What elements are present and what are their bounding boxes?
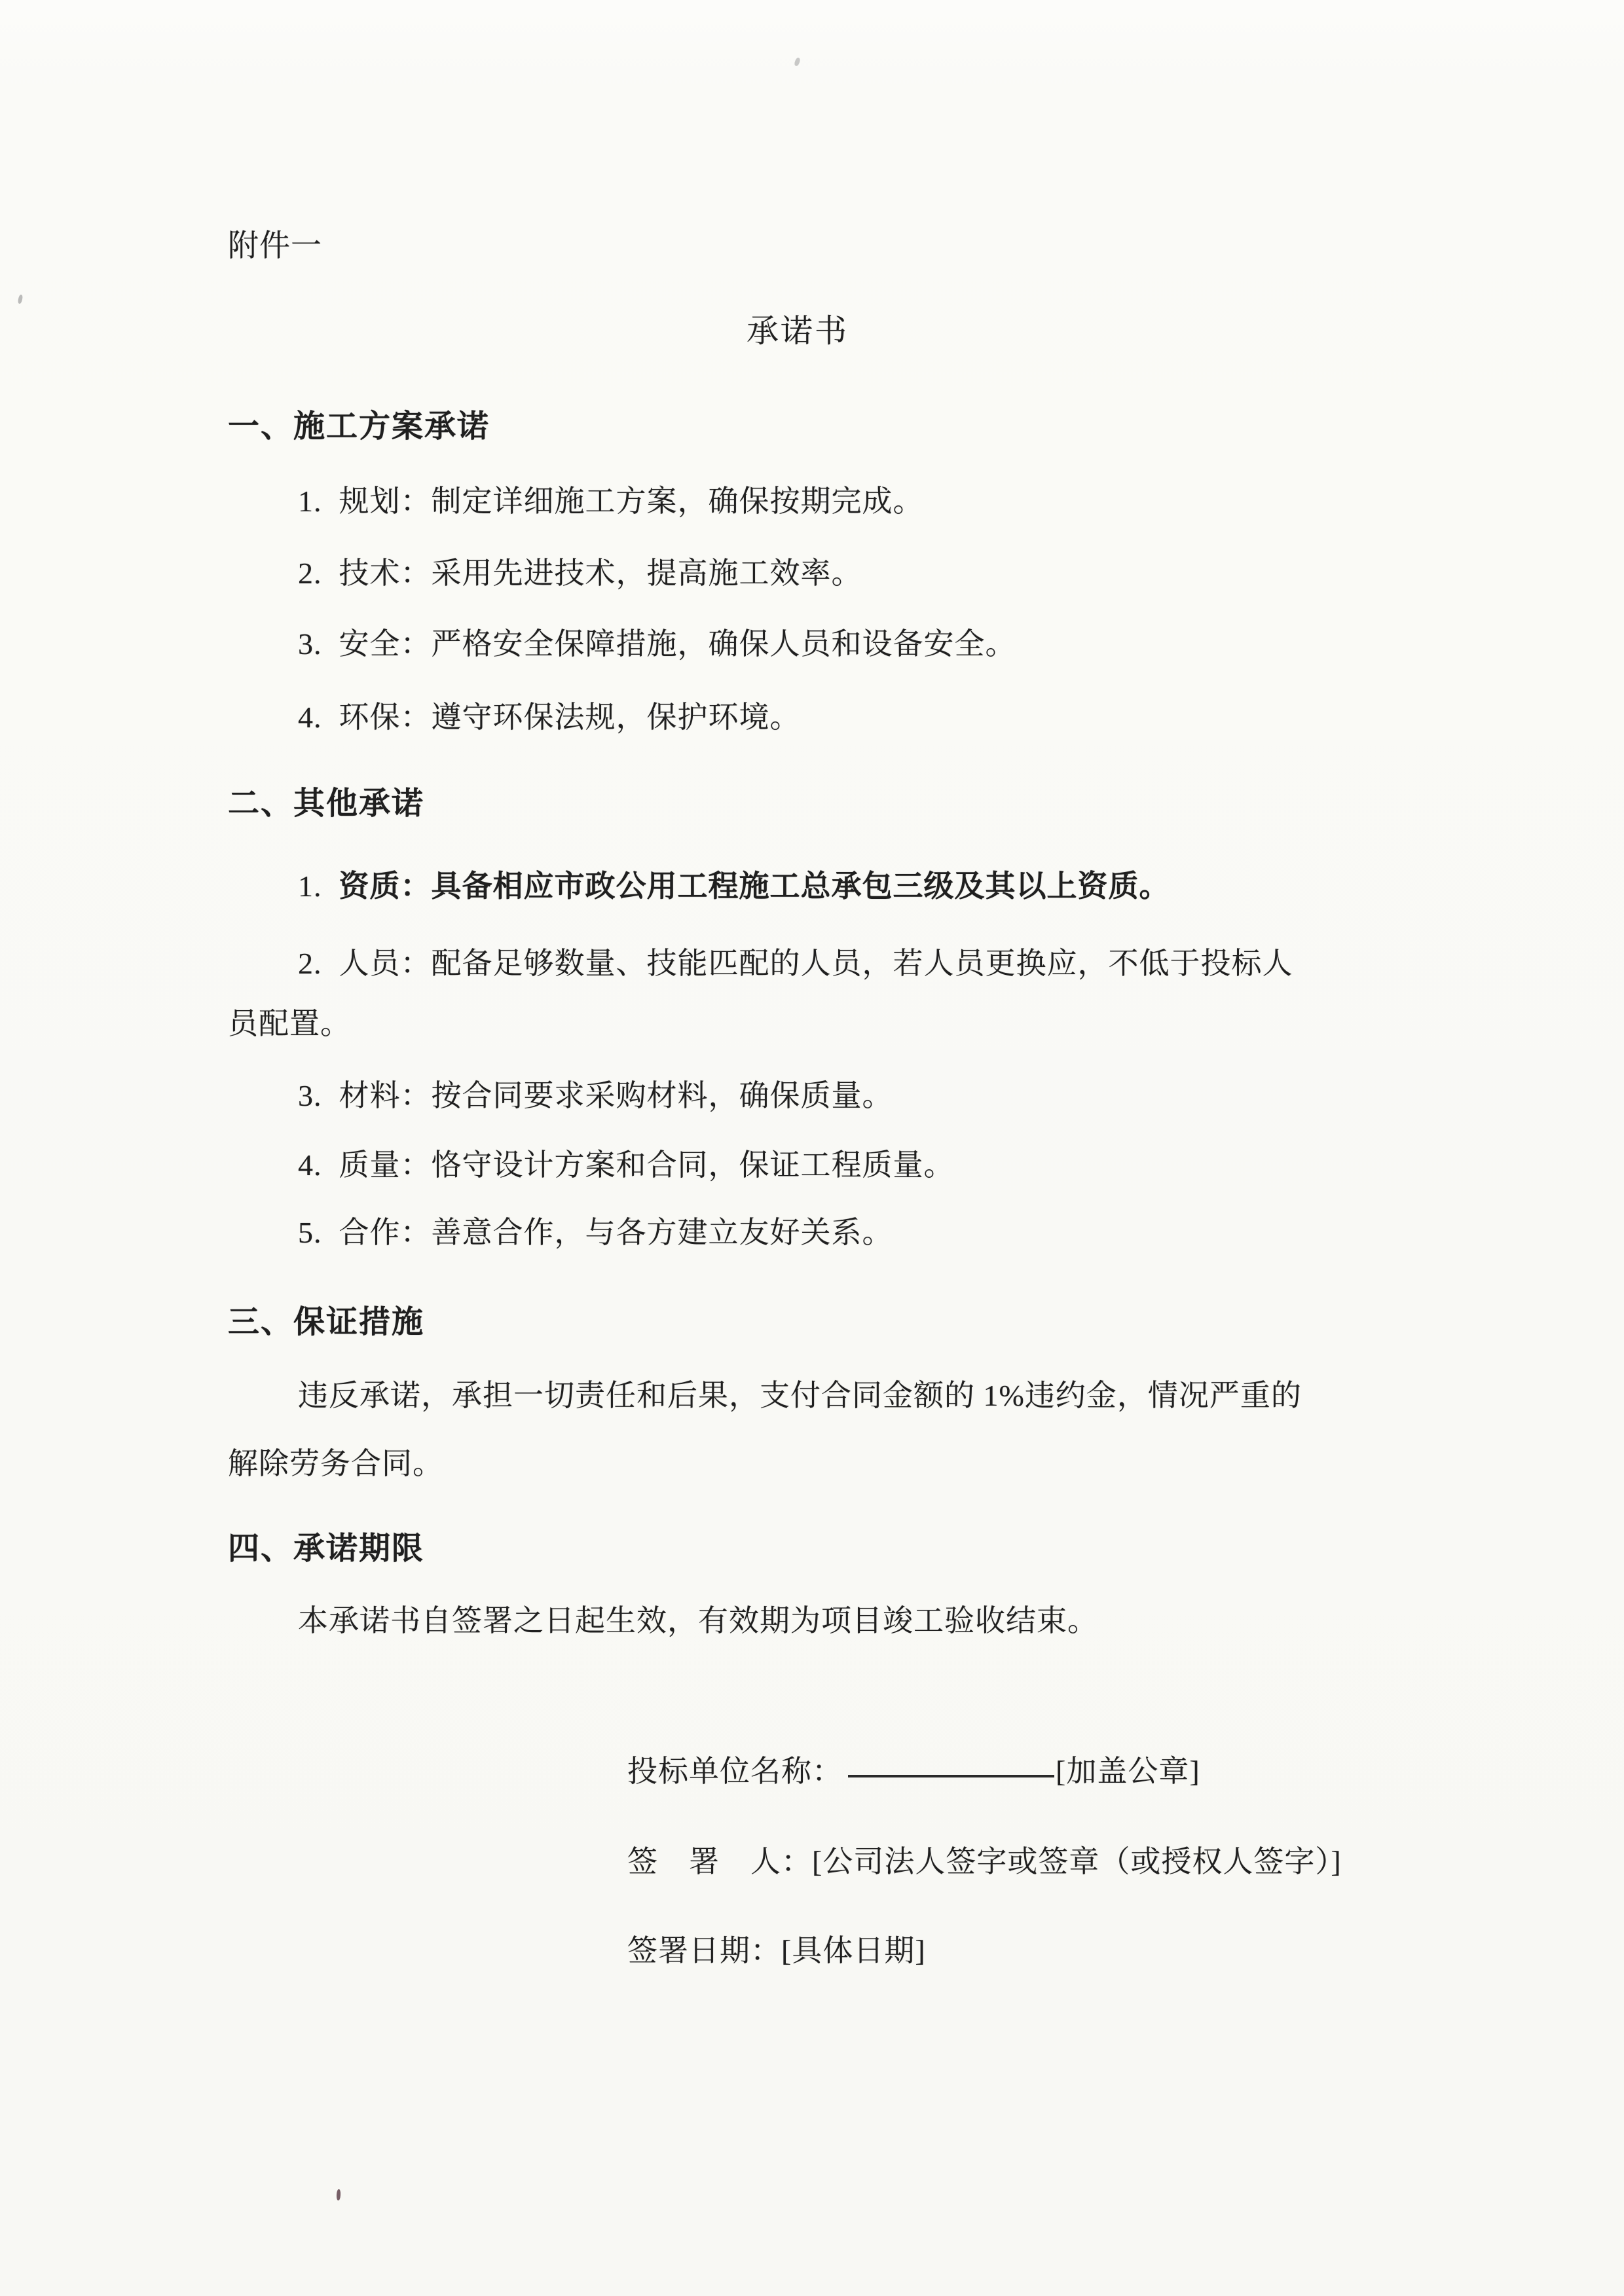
list-item: 1.资质：具备相应市政公用工程施工总承包三级及其以上资质。 bbox=[298, 868, 1170, 905]
list-item: 2.技术：采用先进技术，提高施工效率。 bbox=[298, 555, 862, 592]
item-number: 1. bbox=[298, 868, 322, 905]
signature-date-line: 签署日期：[具体日期] bbox=[627, 1933, 926, 1969]
page-title: 承诺书 bbox=[0, 313, 1610, 350]
paragraph-line2: 解除劳务合同。 bbox=[228, 1446, 443, 1482]
signature-signer-line: 签 署 人：[公司法人签字或签章（或授权人签字）] bbox=[627, 1844, 1342, 1880]
scanned-document-page: 附件一 承诺书 一、施工方案承诺 1.规划：制定详细施工方案，确保按期完成。 2… bbox=[0, 0, 1624, 2296]
list-item: 3.材料：按合同要求采购材料，确保质量。 bbox=[298, 1078, 893, 1114]
attachment-label: 附件一 bbox=[228, 228, 322, 264]
paragraph-line1: 违反承诺，承担一切责任和后果，支付合同金额的 1%违约金，情况严重的 bbox=[298, 1377, 1302, 1414]
list-item: 5.合作：善意合作，与各方建立友好关系。 bbox=[298, 1214, 893, 1251]
section-heading-4: 四、承诺期限 bbox=[228, 1531, 424, 1567]
item-text: 合作：善意合作，与各方建立友好关系。 bbox=[339, 1216, 893, 1249]
item-number: 4. bbox=[298, 1147, 322, 1184]
company-seal-note: [加盖公章] bbox=[1056, 1755, 1200, 1788]
item-text: 材料：按合同要求采购材料，确保质量。 bbox=[339, 1079, 893, 1112]
section-heading-1: 一、施工方案承诺 bbox=[228, 409, 490, 445]
signature-company-line: 投标单位名称：[加盖公章] bbox=[627, 1753, 1200, 1790]
scan-speck bbox=[337, 2189, 341, 2200]
item-text-line1: 人员：配备足够数量、技能匹配的人员，若人员更换应，不低于投标人 bbox=[339, 947, 1293, 980]
item-text: 质量：恪守设计方案和合同，保证工程质量。 bbox=[339, 1148, 955, 1182]
scan-speck bbox=[794, 57, 801, 67]
item-text: 安全：严格安全保障措施，确保人员和设备安全。 bbox=[339, 627, 1016, 661]
item-number: 5. bbox=[298, 1214, 322, 1251]
section-heading-2: 二、其他承诺 bbox=[228, 786, 424, 822]
item-text-line2: 员配置。 bbox=[228, 1007, 351, 1040]
item-text: 环保：遵守环保法规，保护环境。 bbox=[339, 701, 801, 734]
item-text: 规划：制定详细施工方案，确保按期完成。 bbox=[339, 484, 924, 518]
signer-label: 签 署 人： bbox=[627, 1845, 812, 1878]
company-name-label: 投标单位名称： bbox=[627, 1755, 843, 1788]
item-number: 2. bbox=[298, 945, 322, 982]
item-number: 4. bbox=[298, 699, 322, 736]
date-value: [具体日期] bbox=[781, 1934, 926, 1967]
list-item: 3.安全：严格安全保障措施，确保人员和设备安全。 bbox=[298, 626, 1016, 663]
date-label: 签署日期： bbox=[627, 1934, 781, 1967]
list-item: 4.环保：遵守环保法规，保护环境。 bbox=[298, 699, 801, 736]
item-number: 3. bbox=[298, 1078, 322, 1114]
signature-blank-line bbox=[848, 1770, 1054, 1777]
item-number: 2. bbox=[298, 555, 322, 592]
section-heading-3: 三、保证措施 bbox=[228, 1304, 424, 1341]
item-text: 技术：采用先进技术，提高施工效率。 bbox=[339, 556, 862, 590]
item-text: 资质：具备相应市政公用工程施工总承包三级及其以上资质。 bbox=[339, 869, 1170, 903]
paragraph: 本承诺书自签署之日起生效，有效期为项目竣工验收结束。 bbox=[298, 1603, 1098, 1639]
list-item: 2.人员：配备足够数量、技能匹配的人员，若人员更换应，不低于投标人 bbox=[298, 945, 1293, 982]
list-item: 4.质量：恪守设计方案和合同，保证工程质量。 bbox=[298, 1147, 955, 1184]
list-item: 1.规划：制定详细施工方案，确保按期完成。 bbox=[298, 483, 924, 520]
list-item-continuation: 员配置。 bbox=[228, 1006, 351, 1042]
scan-speck bbox=[18, 295, 24, 304]
item-number: 1. bbox=[298, 483, 322, 520]
item-number: 3. bbox=[298, 626, 322, 663]
signer-value: [公司法人签字或签章（或授权人签字）] bbox=[812, 1845, 1342, 1878]
